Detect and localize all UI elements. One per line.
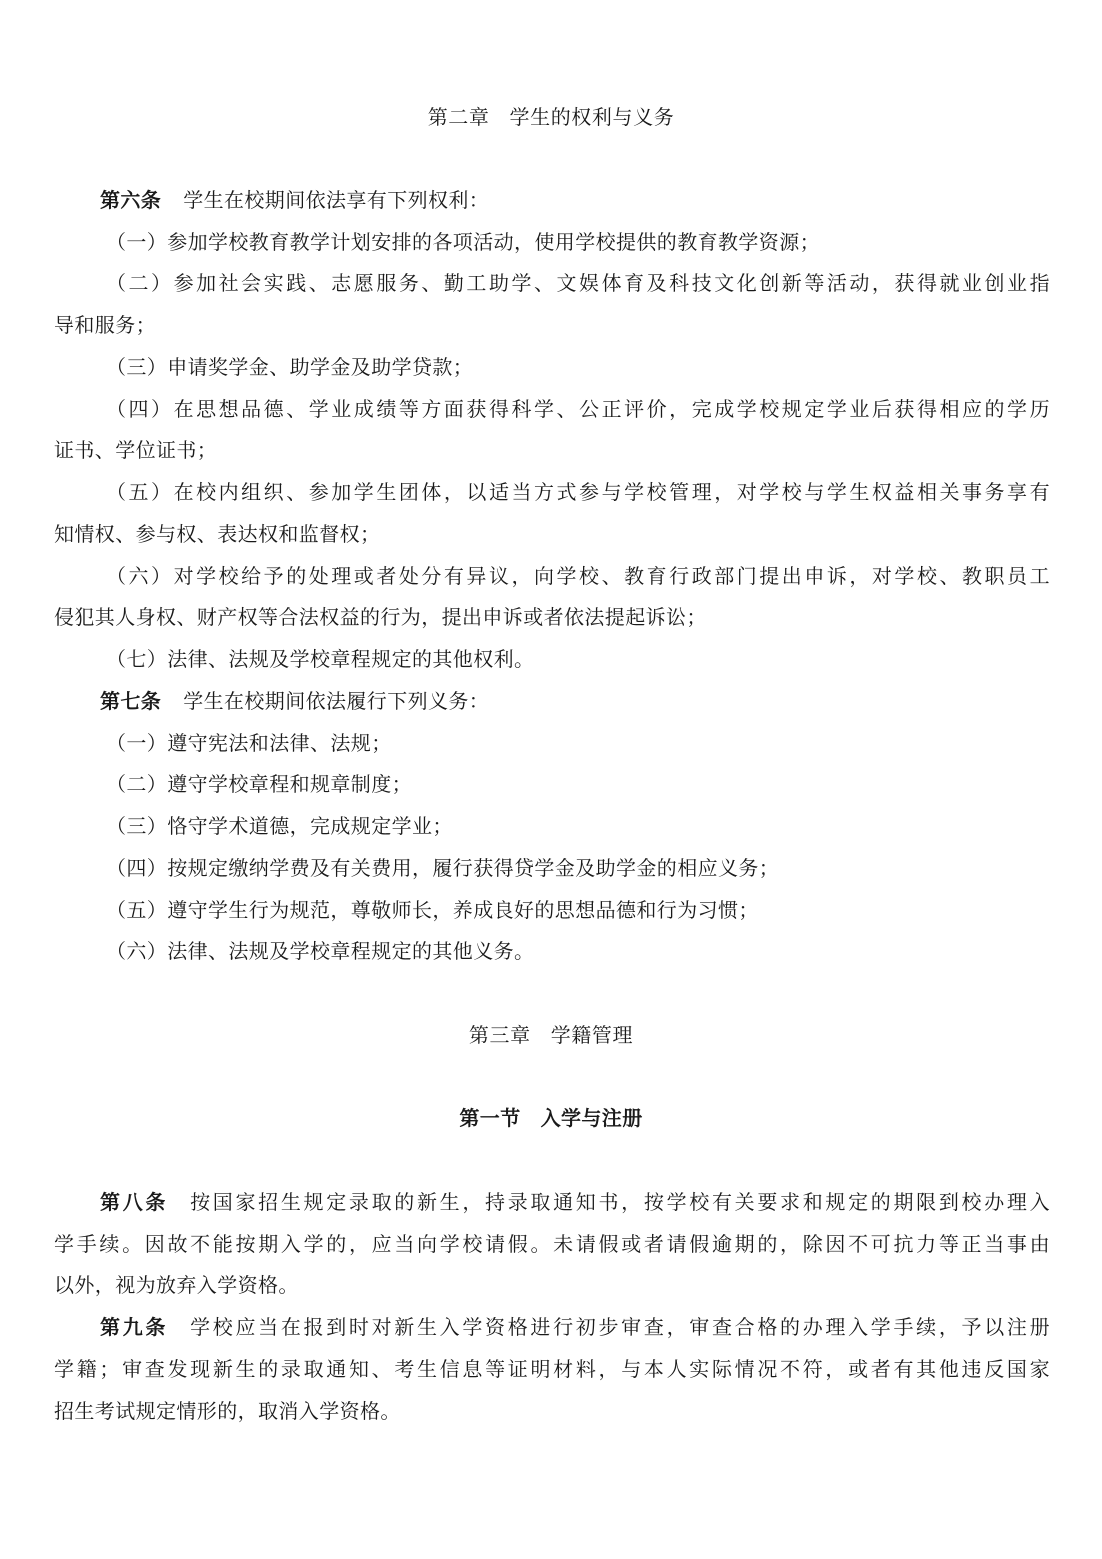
chapter-number: 第二章 bbox=[428, 105, 490, 129]
article-6-item-6-cont: 侵犯其人身权、财产权等合法权益的行为，提出申诉或者依法提起诉讼； bbox=[54, 603, 1050, 631]
document-page: 第二章学生的权利与义务 第六条学生在校期间依法享有下列权利： （一）参加学校教育… bbox=[0, 0, 1102, 1559]
article-7-item-4: （四）按规定缴纳学费及有关费用，履行获得贷学金及助学金的相应义务； bbox=[54, 854, 1050, 882]
chapter-number: 第三章 bbox=[469, 1023, 531, 1047]
article-label: 第七条 bbox=[100, 689, 161, 713]
chapter-2-heading: 第二章学生的权利与义务 bbox=[0, 103, 1102, 131]
article-8-line-1: 第八条按国家招生规定录取的新生，持录取通知书，按学校有关要求和规定的期限到校办理… bbox=[54, 1188, 1050, 1216]
article-6-item-5: （五）在校内组织、参加学生团体，以适当方式参与学校管理，对学校与学生权益相关事务… bbox=[54, 478, 1050, 506]
article-6-item-4: （四）在思想品德、学业成绩等方面获得科学、公正评价，完成学校规定学业后获得相应的… bbox=[54, 395, 1050, 423]
chapter-3-heading: 第三章学籍管理 bbox=[0, 1021, 1102, 1049]
article-9-line-1: 第九条学校应当在报到时对新生入学资格进行初步审查，审查合格的办理入学手续，予以注… bbox=[54, 1313, 1050, 1341]
article-text: 学生在校期间依法享有下列权利： bbox=[183, 188, 489, 212]
article-7-intro: 第七条学生在校期间依法履行下列义务： bbox=[54, 687, 1050, 715]
article-6-item-1: （一）参加学校教育教学计划安排的各项活动，使用学校提供的教育教学资源； bbox=[54, 228, 1050, 256]
article-8-line-2: 学手续。因故不能按期入学的，应当向学校请假。未请假或者请假逾期的，除因不可抗力等… bbox=[54, 1230, 1050, 1258]
article-label: 第八条 bbox=[100, 1190, 168, 1214]
article-9-line-2: 学籍；审查发现新生的录取通知、考生信息等证明材料，与本人实际情况不符，或者有其他… bbox=[54, 1355, 1050, 1383]
article-6-item-2: （二）参加社会实践、志愿服务、勤工助学、文娱体育及科技文化创新等活动，获得就业创… bbox=[54, 269, 1050, 297]
section-title: 入学与注册 bbox=[541, 1106, 643, 1130]
article-text: 按国家招生规定录取的新生，持录取通知书，按学校有关要求和规定的期限到校办理入 bbox=[190, 1190, 1050, 1214]
section-1-heading: 第一节入学与注册 bbox=[0, 1104, 1102, 1132]
article-text: 学生在校期间依法履行下列义务： bbox=[183, 689, 489, 713]
chapter-title: 学生的权利与义务 bbox=[510, 105, 675, 129]
article-7-item-1: （一）遵守宪法和法律、法规； bbox=[54, 729, 1050, 757]
article-label: 第九条 bbox=[100, 1315, 168, 1339]
chapter-title: 学籍管理 bbox=[551, 1023, 633, 1047]
article-8-line-3: 以外，视为放弃入学资格。 bbox=[54, 1271, 1050, 1299]
article-9-line-3: 招生考试规定情形的，取消入学资格。 bbox=[54, 1397, 1050, 1425]
article-6-intro: 第六条学生在校期间依法享有下列权利： bbox=[54, 186, 1050, 214]
article-text: 学校应当在报到时对新生入学资格进行初步审查，审查合格的办理入学手续，予以注册 bbox=[190, 1315, 1050, 1339]
article-6-item-3: （三）申请奖学金、助学金及助学贷款； bbox=[54, 353, 1050, 381]
article-6-item-2-cont: 导和服务； bbox=[54, 311, 1050, 339]
article-6-item-6: （六）对学校给予的处理或者处分有异议，向学校、教育行政部门提出申诉，对学校、教职… bbox=[54, 562, 1050, 590]
article-label: 第六条 bbox=[100, 188, 161, 212]
article-6-item-7: （七）法律、法规及学校章程规定的其他权利。 bbox=[54, 645, 1050, 673]
article-7-item-5: （五）遵守学生行为规范，尊敬师长，养成良好的思想品德和行为习惯； bbox=[54, 896, 1050, 924]
article-7-item-2: （二）遵守学校章程和规章制度； bbox=[54, 770, 1050, 798]
article-6-item-5-cont: 知情权、参与权、表达权和监督权； bbox=[54, 520, 1050, 548]
section-number: 第一节 bbox=[459, 1106, 520, 1130]
article-7-item-3: （三）恪守学术道德，完成规定学业； bbox=[54, 812, 1050, 840]
article-7-item-6: （六）法律、法规及学校章程规定的其他义务。 bbox=[54, 937, 1050, 965]
article-6-item-4-cont: 证书、学位证书； bbox=[54, 436, 1050, 464]
